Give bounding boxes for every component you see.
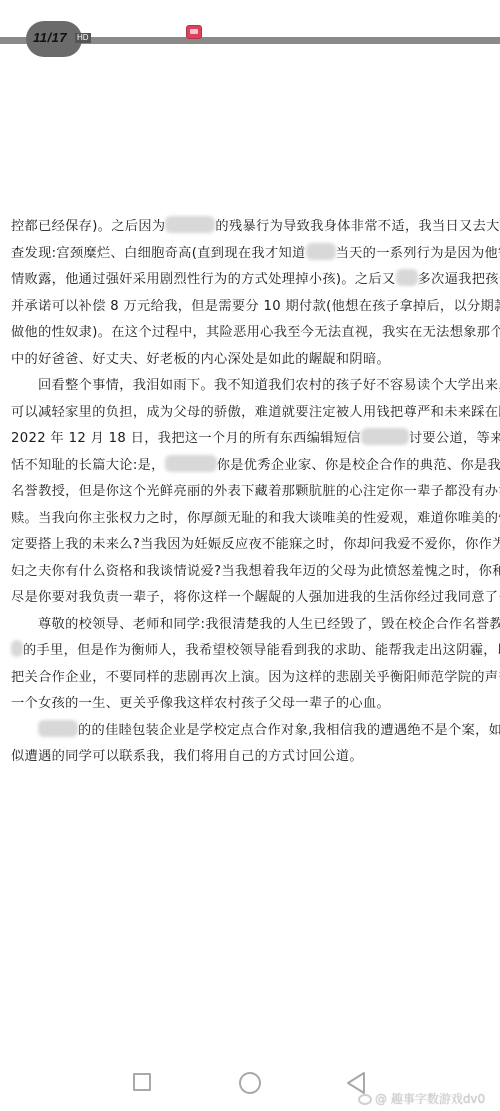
redacted-text <box>306 243 336 260</box>
text-line: 回看整个事情，我泪如雨下。我不知道我们农村的孩子好不容易读个大学出来，本以为 <box>11 373 491 400</box>
text-line: 尽是你要对我负责一辈子，将你这样一个龌龊的人强加进我的生活你经过我同意了么? <box>11 585 491 612</box>
text-line: 控都已经保存)。之后因为的残暴行为导致我身体非常不适，我当日又去大检 <box>11 214 491 241</box>
text-line: 把关合作企业，不要同样的悲剧再次上演。因为这样的悲剧关乎衡阳师范学院的声誉、关乎 <box>11 665 491 692</box>
text-segment: 你是优秀企业家、你是校企合作的典范、你是我们学校的 <box>217 458 500 473</box>
text-segment: 恬不知耻的长篇大论:是， <box>11 458 165 473</box>
redacted-text <box>165 455 217 472</box>
hd-badge: HD <box>75 33 91 43</box>
text-segment: 做他的性奴隶)。在这个过程中，其险恶用心我至今无法直视，我实在无法想象那个大众眼 <box>11 325 500 340</box>
text-line: 名誉教授，但是你这个光鲜亮丽的外表下藏着那颗肮脏的心注定你一辈子都没有办法得到救 <box>11 479 491 506</box>
text-line: 情败露，他通过强奸采用剧烈性行为的方式处理掉小孩)。之后又多次逼我把孩子拿掉， <box>11 267 491 294</box>
navigation-bar: @ 趣事字数游戏dv0 <box>0 1060 500 1111</box>
paragraph: 回看整个事情，我泪如雨下。我不知道我们农村的孩子好不容易读个大学出来，本以为可以… <box>11 373 491 612</box>
weibo-watermark: @ 趣事字数游戏dv0 <box>358 1090 485 1107</box>
paragraph: 控都已经保存)。之后因为的残暴行为导致我身体非常不适，我当日又去大检查发现:宫颈… <box>11 214 491 373</box>
text-segment: 的的佳睦包装企业是学校定点合作对象,我相信我的遭遇绝不是个案，如果还有类 <box>78 723 500 738</box>
text-line: 2022 年 12 月 18 日，我把这一个月的所有东西编辑短信讨要公道，等来的… <box>11 426 491 453</box>
text-line: 恬不知耻的长篇大论:是，你是优秀企业家、你是校企合作的典范、你是我们学校的 <box>11 453 491 480</box>
paragraph: 的的佳睦包装企业是学校定点合作对象,我相信我的遭遇绝不是个案，如果还有类似遭遇的… <box>11 718 491 771</box>
text-segment: 当天的一系列行为是因为他害怕事 <box>336 246 500 261</box>
text-line: 似遭遇的同学可以联系我，我们将用自己的方式讨回公道。 <box>11 744 491 771</box>
text-segment: 讨要公道，等来的却是他 <box>409 431 500 446</box>
text-line: 一个女孩的一生、更关乎像我这样农村孩子父母一辈子的心血。 <box>11 691 491 718</box>
text-segment: 中的好爸爸、好丈夫、好老板的内心深处是如此的龌龊和阴暗。 <box>11 352 390 367</box>
text-segment: 情败露，他通过强奸采用剧烈性行为的方式处理掉小孩)。之后又 <box>11 272 396 287</box>
home-icon[interactable] <box>239 1072 261 1094</box>
text-line: 可以减轻家里的负担，成为父母的骄傲，难道就要注定被人用钱把尊严和未来踩在脚下么? <box>11 400 491 427</box>
text-segment: 尽是你要对我负责一辈子，将你这样一个龌龊的人强加进我的生活你经过我同意了么? <box>11 590 500 605</box>
text-segment: 2022 年 12 月 18 日，我把这一个月的所有东西编辑短信 <box>11 431 361 446</box>
text-line: 的手里，但是作为衡师人，我希望校领导能看到我的求助、能帮我走出这阴霾，以后严格 <box>11 638 491 665</box>
text-segment: 的残暴行为导致我身体非常不适，我当日又去大 <box>215 219 499 234</box>
text-segment: 查发现:宫颈糜烂、白细胞奇高(直到现在我才知道 <box>11 246 306 261</box>
text-segment: 赎。当我向你主张权力之时，你厚颜无耻的和我大谈唯美的性爱观，难道你唯美的性爱就一 <box>11 511 500 526</box>
text-segment: 回看整个事情，我泪如雨下。我不知道我们农村的孩子好不容易读个大学出来，本以为 <box>38 378 500 393</box>
text-segment: 控都已经保存)。之后因为 <box>11 219 165 234</box>
text-segment: 可以减轻家里的负担，成为父母的骄傲，难道就要注定被人用钱把尊严和未来踩在脚下么? <box>11 405 500 420</box>
redacted-text <box>361 428 409 445</box>
weibo-icon <box>358 1094 372 1105</box>
text-segment: 多次逼我把孩子拿掉， <box>418 272 500 287</box>
text-line: 赎。当我向你主张权力之时，你厚颜无耻的和我大谈唯美的性爱观，难道你唯美的性爱就一 <box>11 506 491 533</box>
text-line: 尊敬的校领导、老师和同学:我很清楚我的人生已经毁了，毁在校企合作名誉教授 <box>11 612 491 639</box>
text-segment: 名誉教授，但是你这个光鲜亮丽的外表下藏着那颗肮脏的心注定你一辈子都没有办法得到救 <box>11 484 500 499</box>
text-line: 的的佳睦包装企业是学校定点合作对象,我相信我的遭遇绝不是个案，如果还有类 <box>11 718 491 745</box>
text-line: 做他的性奴隶)。在这个过程中，其险恶用心我至今无法直视，我实在无法想象那个大众眼 <box>11 320 491 347</box>
text-line: 妇之夫你有什么资格和我谈情说爱?当我想着我年迈的父母为此愤怒羞愧之时，你和我说的 <box>11 559 491 586</box>
paragraph: 尊敬的校领导、老师和同学:我很清楚我的人生已经毁了，毁在校企合作名誉教授的手里，… <box>11 612 491 718</box>
text-line: 中的好爸爸、好丈夫、好老板的内心深处是如此的龌龊和阴暗。 <box>11 347 491 374</box>
text-segment: 一个女孩的一生、更关乎像我这样农村孩子父母一辈子的心血。 <box>11 696 390 711</box>
redacted-text <box>165 216 215 233</box>
message-notification-icon <box>186 25 202 39</box>
watermark-text: @ 趣事字数游戏dv0 <box>375 1092 485 1106</box>
text-segment: 尊敬的校领导、老师和同学:我很清楚我的人生已经毁了，毁在校企合作名誉教授 <box>38 617 500 632</box>
redacted-text <box>38 720 78 737</box>
text-segment: 似遭遇的同学可以联系我，我们将用自己的方式讨回公道。 <box>11 749 363 764</box>
text-segment: 定要搭上我的未来么?当我因为妊娠反应夜不能寐之时，你却问我爱不爱你，你作为一个有 <box>11 537 500 552</box>
text-line: 并承诺可以补偿 8 万元给我，但是需要分 10 期付款(他想在孩子拿掉后，以分期… <box>11 294 491 321</box>
document-text: 控都已经保存)。之后因为的残暴行为导致我身体非常不适，我当日又去大检查发现:宫颈… <box>11 214 491 771</box>
text-segment: 的手里，但是作为衡师人，我希望校领导能看到我的求助、能帮我走出这阴霾，以后严格 <box>23 643 500 658</box>
text-segment: 并承诺可以补偿 8 万元给我，但是需要分 10 期付款(他想在孩子拿掉后，以分期… <box>11 299 500 314</box>
text-line: 查发现:宫颈糜烂、白细胞奇高(直到现在我才知道当天的一系列行为是因为他害怕事 <box>11 241 491 268</box>
status-date: 11/17 <box>33 30 67 45</box>
redacted-text <box>11 640 23 657</box>
recent-apps-icon[interactable] <box>133 1073 151 1091</box>
text-line: 定要搭上我的未来么?当我因为妊娠反应夜不能寐之时，你却问我爱不爱你，你作为一个有 <box>11 532 491 559</box>
text-segment: 把关合作企业，不要同样的悲剧再次上演。因为这样的悲剧关乎衡阳师范学院的声誉、关乎 <box>11 670 500 685</box>
text-segment: 妇之夫你有什么资格和我谈情说爱?当我想着我年迈的父母为此愤怒羞愧之时，你和我说的 <box>11 564 500 579</box>
status-bar-indicators <box>365 33 425 36</box>
redacted-text <box>396 269 418 286</box>
